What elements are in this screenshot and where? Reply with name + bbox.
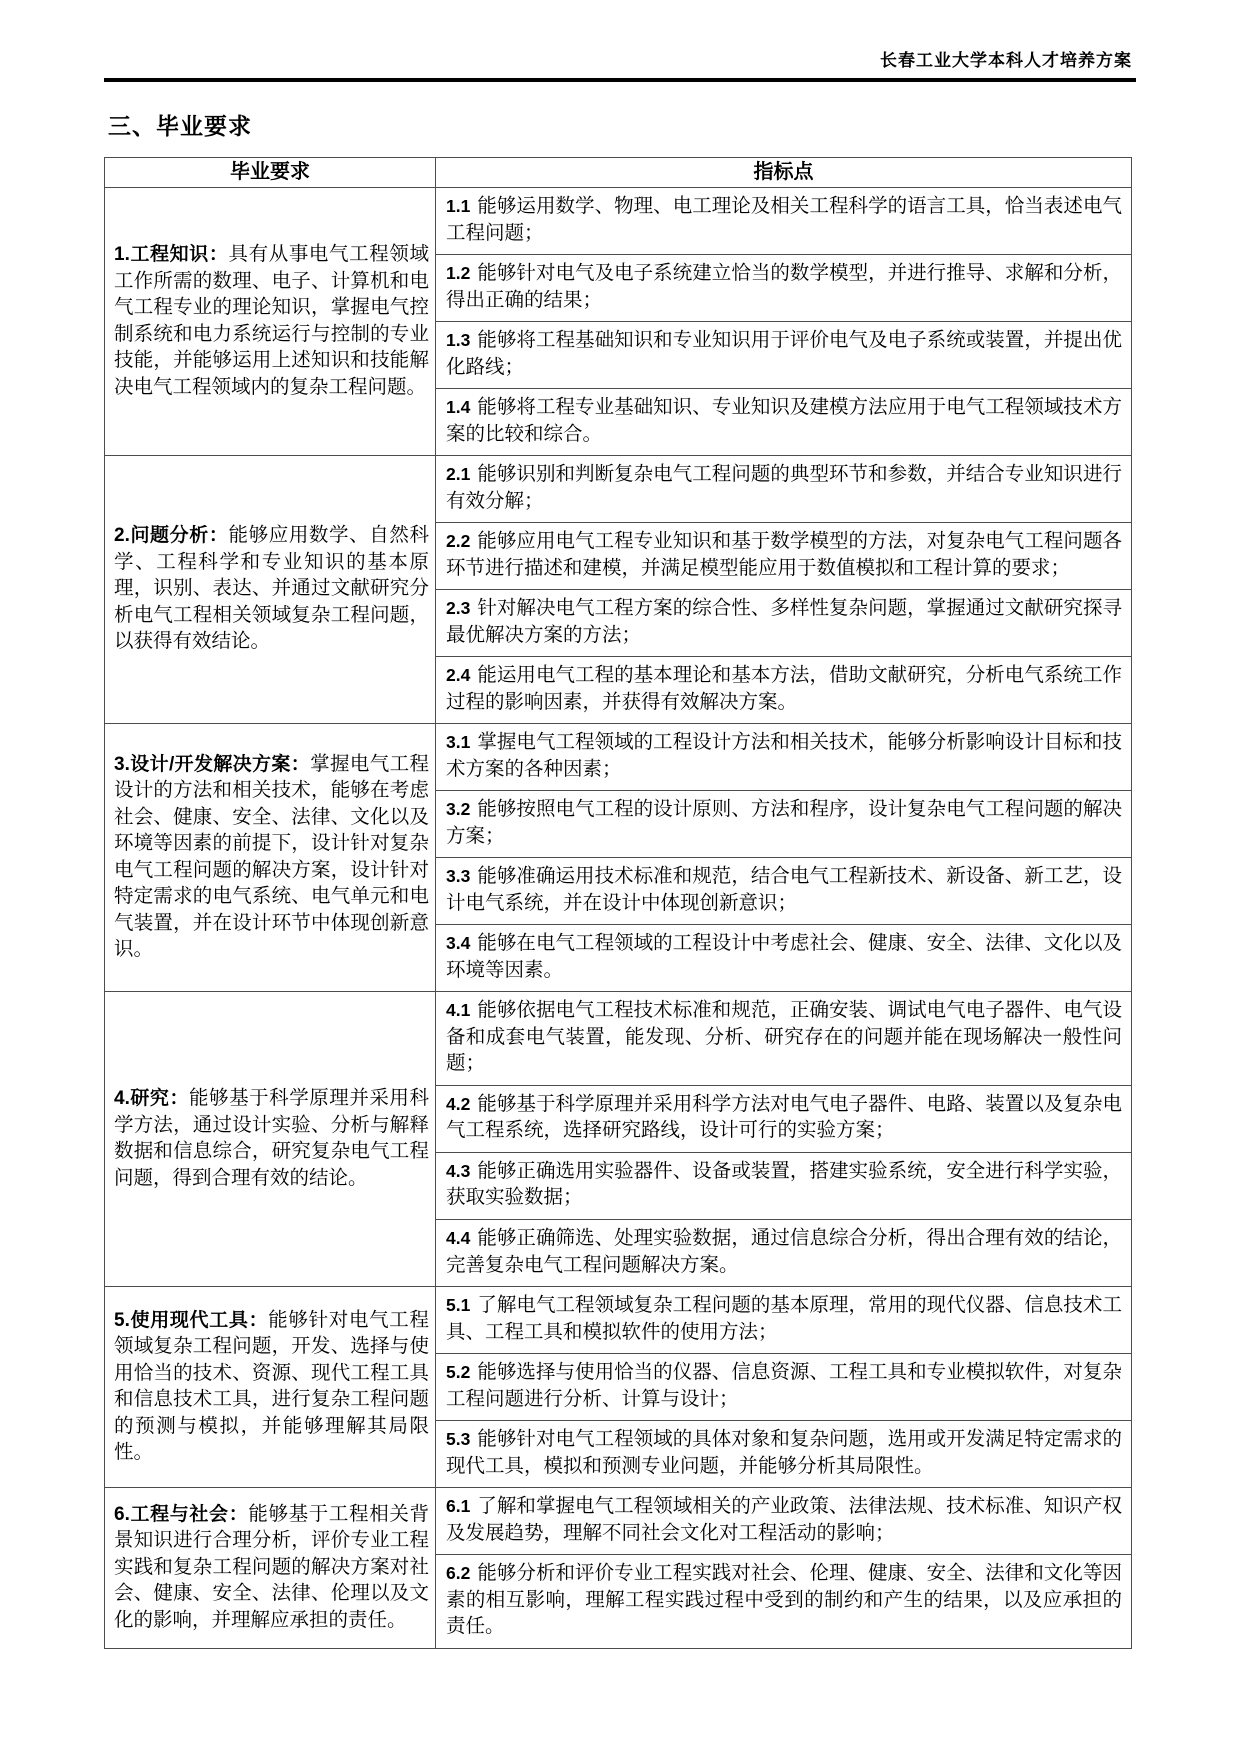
indicator-cell: 2.2能够应用电气工程专业知识和基于数学模型的方法，对复杂电气工程问题各环节进行… bbox=[436, 523, 1132, 590]
indicator-text: 针对解决电气工程方案的综合性、多样性复杂问题，掌握通过文献研究探寻最优解决方案的… bbox=[446, 598, 1122, 646]
indicator-cell: 5.1了解电气工程领域复杂工程问题的基本原理，常用的现代仪器、信息技术工具、工程… bbox=[436, 1287, 1132, 1354]
indicator-cell: 6.2能够分析和评价专业工程实践对社会、伦理、健康、安全、法律和文化等因素的相互… bbox=[436, 1555, 1132, 1649]
indicator-cell: 2.1能够识别和判断复杂电气工程问题的典型环节和参数，并结合专业知识进行有效分解… bbox=[436, 456, 1132, 523]
indicator-text: 能够运用数学、物理、电工理论及相关工程科学的语言工具，恰当表述电气工程问题； bbox=[446, 196, 1122, 244]
requirement-cell: 2.问题分析：能够应用数学、自然科学、工程科学和专业知识的基本原理，识别、表达、… bbox=[105, 456, 436, 724]
indicator-cell: 3.2能够按照电气工程的设计原则、方法和程序，设计复杂电气工程问题的解决方案； bbox=[436, 791, 1132, 858]
indicator-number: 5.2 bbox=[446, 1362, 470, 1382]
indicator-number: 4.4 bbox=[446, 1228, 470, 1248]
indicator-cell: 1.2能够针对电气及电子系统建立恰当的数学模型，并进行推导、求解和分析，得出正确… bbox=[436, 255, 1132, 322]
indicator-number: 3.3 bbox=[446, 866, 470, 886]
indicator-cell: 5.3能够针对电气工程领域的具体对象和复杂问题，选用或开发满足特定需求的现代工具… bbox=[436, 1421, 1132, 1488]
requirement-text: 具有从事电气工程领域工作所需的数理、电子、计算机和电气工程专业的理论知识，掌握电… bbox=[114, 244, 429, 398]
indicator-cell: 4.4能够正确筛选、处理实验数据，通过信息综合分析，得出合理有效的结论，完善复杂… bbox=[436, 1219, 1132, 1286]
table-row: 3.设计/开发解决方案：掌握电气工程设计的方法和相关技术，能够在考虑社会、健康、… bbox=[105, 724, 1132, 791]
column-header-requirements: 毕业要求 bbox=[105, 158, 436, 188]
indicator-cell: 3.3能够准确运用技术标准和规范，结合电气工程新技术、新设备、新工艺，设计电气系… bbox=[436, 858, 1132, 925]
indicator-text: 能够针对电气及电子系统建立恰当的数学模型，并进行推导、求解和分析，得出正确的结果… bbox=[446, 263, 1122, 311]
table-header-row: 毕业要求 指标点 bbox=[105, 158, 1132, 188]
graduation-requirements-table: 毕业要求 指标点 1.工程知识：具有从事电气工程领域工作所需的数理、电子、计算机… bbox=[104, 157, 1132, 1649]
indicator-text: 能够识别和判断复杂电气工程问题的典型环节和参数，并结合专业知识进行有效分解； bbox=[446, 464, 1122, 512]
indicator-cell: 1.1能够运用数学、物理、电工理论及相关工程科学的语言工具，恰当表述电气工程问题… bbox=[436, 188, 1132, 255]
indicator-number: 1.4 bbox=[446, 397, 470, 417]
indicator-cell: 2.3针对解决电气工程方案的综合性、多样性复杂问题，掌握通过文献研究探寻最优解决… bbox=[436, 590, 1132, 657]
requirement-text: 掌握电气工程设计的方法和相关技术，能够在考虑社会、健康、安全、法律、文化以及环境… bbox=[114, 754, 429, 961]
requirement-title: 1.工程知识： bbox=[114, 244, 229, 265]
indicator-number: 1.1 bbox=[446, 196, 470, 216]
indicator-text: 能够正确选用实验器件、设备或装置，搭建实验系统，安全进行科学实验，获取实验数据； bbox=[446, 1161, 1122, 1209]
requirement-cell: 6.工程与社会：能够基于工程相关背景知识进行合理分析，评价专业工程实践和复杂工程… bbox=[105, 1488, 436, 1649]
indicator-number: 4.2 bbox=[446, 1094, 470, 1114]
indicator-number: 6.2 bbox=[446, 1563, 470, 1583]
indicator-number: 2.3 bbox=[446, 598, 470, 618]
table-row: 2.问题分析：能够应用数学、自然科学、工程科学和专业知识的基本原理，识别、表达、… bbox=[105, 456, 1132, 523]
table-row: 4.研究：能够基于科学原理并采用科学方法，通过设计实验、分析与解释数据和信息综合… bbox=[105, 992, 1132, 1086]
indicator-cell: 1.4能够将工程专业基础知识、专业知识及建模方法应用于电气工程领域技术方案的比较… bbox=[436, 389, 1132, 456]
indicator-number: 2.1 bbox=[446, 464, 470, 484]
indicator-number: 6.1 bbox=[446, 1496, 470, 1516]
indicator-text: 能够在电气工程领域的工程设计中考虑社会、健康、安全、法律、文化以及环境等因素。 bbox=[446, 933, 1122, 981]
indicator-cell: 2.4能运用电气工程的基本理论和基本方法，借助文献研究，分析电气系统工作过程的影… bbox=[436, 657, 1132, 724]
indicator-text: 能运用电气工程的基本理论和基本方法，借助文献研究，分析电气系统工作过程的影响因素… bbox=[446, 665, 1122, 713]
indicator-number: 5.3 bbox=[446, 1429, 470, 1449]
indicator-cell: 1.3能够将工程基础知识和专业知识用于评价电气及电子系统或装置，并提出优化路线； bbox=[436, 322, 1132, 389]
table-row: 1.工程知识：具有从事电气工程领域工作所需的数理、电子、计算机和电气工程专业的理… bbox=[105, 188, 1132, 255]
requirement-cell: 5.使用现代工具：能够针对电气工程领域复杂工程问题，开发、选择与使用恰当的技术、… bbox=[105, 1287, 436, 1488]
indicator-text: 能够准确运用技术标准和规范，结合电气工程新技术、新设备、新工艺，设计电气系统，并… bbox=[446, 866, 1122, 914]
requirement-cell: 1.工程知识：具有从事电气工程领域工作所需的数理、电子、计算机和电气工程专业的理… bbox=[105, 188, 436, 456]
indicator-text: 能够选择与使用恰当的仪器、信息资源、工程工具和专业模拟软件，对复杂工程问题进行分… bbox=[446, 1362, 1122, 1410]
indicator-text: 能够正确筛选、处理实验数据，通过信息综合分析，得出合理有效的结论，完善复杂电气工… bbox=[446, 1228, 1122, 1276]
indicator-cell: 3.1掌握电气工程领域的工程设计方法和相关技术，能够分析影响设计目标和技术方案的… bbox=[436, 724, 1132, 791]
requirement-title: 2.问题分析： bbox=[114, 525, 229, 546]
indicator-number: 2.4 bbox=[446, 665, 470, 685]
indicator-number: 1.2 bbox=[446, 263, 470, 283]
indicator-cell: 3.4能够在电气工程领域的工程设计中考虑社会、健康、安全、法律、文化以及环境等因… bbox=[436, 925, 1132, 992]
indicator-number: 2.2 bbox=[446, 531, 470, 551]
table-row: 5.使用现代工具：能够针对电气工程领域复杂工程问题，开发、选择与使用恰当的技术、… bbox=[105, 1287, 1132, 1354]
requirement-cell: 3.设计/开发解决方案：掌握电气工程设计的方法和相关技术，能够在考虑社会、健康、… bbox=[105, 724, 436, 992]
requirement-title: 6.工程与社会： bbox=[114, 1504, 248, 1525]
indicator-cell: 4.1能够依据电气工程技术标准和规范，正确安装、调试电气电子器件、电气设备和成套… bbox=[436, 992, 1132, 1086]
section-title: 三、毕业要求 bbox=[108, 108, 1136, 141]
indicator-text: 能够按照电气工程的设计原则、方法和程序，设计复杂电气工程问题的解决方案； bbox=[446, 799, 1122, 847]
indicator-text: 了解和掌握电气工程领域相关的产业政策、法律法规、技术标准、知识产权及发展趋势，理… bbox=[446, 1496, 1122, 1544]
requirement-cell: 4.研究：能够基于科学原理并采用科学方法，通过设计实验、分析与解释数据和信息综合… bbox=[105, 992, 436, 1287]
requirement-title: 5.使用现代工具： bbox=[114, 1310, 268, 1331]
indicator-number: 1.3 bbox=[446, 330, 470, 350]
indicator-number: 5.1 bbox=[446, 1295, 470, 1315]
indicator-text: 能够针对电气工程领域的具体对象和复杂问题，选用或开发满足特定需求的现代工具，模拟… bbox=[446, 1429, 1122, 1477]
indicator-text: 能够将工程专业基础知识、专业知识及建模方法应用于电气工程领域技术方案的比较和综合… bbox=[446, 397, 1122, 445]
indicator-cell: 5.2能够选择与使用恰当的仪器、信息资源、工程工具和专业模拟软件，对复杂工程问题… bbox=[436, 1354, 1132, 1421]
indicator-text: 能够依据电气工程技术标准和规范，正确安装、调试电气电子器件、电气设备和成套电气装… bbox=[446, 1000, 1122, 1074]
indicator-text: 了解电气工程领域复杂工程问题的基本原理，常用的现代仪器、信息技术工具、工程工具和… bbox=[446, 1295, 1122, 1343]
indicator-text: 能够将工程基础知识和专业知识用于评价电气及电子系统或装置，并提出优化路线； bbox=[446, 330, 1122, 378]
indicator-text: 能够应用电气工程专业知识和基于数学模型的方法，对复杂电气工程问题各环节进行描述和… bbox=[446, 531, 1122, 579]
indicator-text: 掌握电气工程领域的工程设计方法和相关技术，能够分析影响设计目标和技术方案的各种因… bbox=[446, 732, 1122, 780]
page-header-title: 长春工业大学本科人才培养方案 bbox=[104, 46, 1136, 78]
indicator-cell: 6.1了解和掌握电气工程领域相关的产业政策、法律法规、技术标准、知识产权及发展趋… bbox=[436, 1488, 1132, 1555]
requirement-title: 3.设计/开发解决方案： bbox=[114, 754, 310, 775]
indicator-text: 能够分析和评价专业工程实践对社会、伦理、健康、安全、法律和文化等因素的相互影响，… bbox=[446, 1563, 1122, 1637]
header-double-rule bbox=[104, 78, 1136, 82]
indicator-text: 能够基于科学原理并采用科学方法对电气电子器件、电路、装置以及复杂电气工程系统，选… bbox=[446, 1094, 1122, 1142]
table-row: 6.工程与社会：能够基于工程相关背景知识进行合理分析，评价专业工程实践和复杂工程… bbox=[105, 1488, 1132, 1555]
indicator-number: 3.1 bbox=[446, 732, 470, 752]
indicator-number: 4.3 bbox=[446, 1161, 470, 1181]
document-page: 长春工业大学本科人才培养方案 三、毕业要求 毕业要求 指标点 1.工程知识：具有… bbox=[0, 0, 1240, 1754]
requirement-text: 能够针对电气工程领域复杂工程问题，开发、选择与使用恰当的技术、资源、现代工程工具… bbox=[114, 1310, 429, 1464]
indicator-number: 4.1 bbox=[446, 1000, 470, 1020]
requirement-title: 4.研究： bbox=[114, 1088, 189, 1109]
column-header-indicators: 指标点 bbox=[436, 158, 1132, 188]
indicator-cell: 4.3能够正确选用实验器件、设备或装置，搭建实验系统，安全进行科学实验，获取实验… bbox=[436, 1152, 1132, 1219]
indicator-cell: 4.2能够基于科学原理并采用科学方法对电气电子器件、电路、装置以及复杂电气工程系… bbox=[436, 1085, 1132, 1152]
indicator-number: 3.4 bbox=[446, 933, 470, 953]
indicator-number: 3.2 bbox=[446, 799, 470, 819]
